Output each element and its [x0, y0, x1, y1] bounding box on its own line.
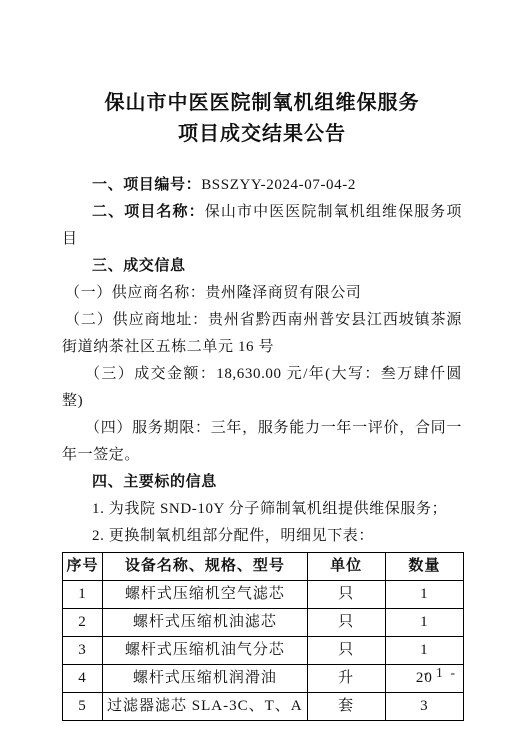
cell-device: 螺杆式压缩机油气分芯: [103, 637, 308, 665]
cell-serial: 1: [63, 581, 103, 609]
project-number-value: BSSZYY-2024-07-04-2: [201, 177, 356, 193]
subject-item-1: 1. 为我院 SND-10Y 分子筛制氧机组提供维保服务；: [62, 496, 462, 523]
cell-serial: 4: [63, 665, 103, 693]
cell-serial: 5: [63, 693, 103, 721]
cell-unit: 只: [307, 637, 385, 665]
cell-unit: 只: [307, 609, 385, 637]
supplier-name-line: （一）供应商名称：贵州隆泽商贸有限公司: [62, 280, 462, 307]
cell-serial: 2: [63, 609, 103, 637]
document-title-line1: 保山市中医医院制氧机组维保服务: [62, 88, 462, 119]
cell-device: 过滤器滤芯 SLA-3C、T、A: [103, 693, 308, 721]
deal-amount-line: （三）成交金额：18,630.00 元/年(大写：叁万肆仟圆整): [62, 361, 462, 415]
project-number-label: 一、项目编号：: [92, 177, 201, 193]
table-row: 3 螺杆式压缩机油气分芯 只 1: [63, 637, 464, 665]
cell-quantity: 1: [385, 637, 463, 665]
supplier-address-line: （二）供应商地址：贵州省黔西南州普安县江西坡镇茶源街道纳茶社区五栋二单元 16 …: [62, 307, 462, 361]
header-serial-number: 序号: [63, 553, 103, 581]
subject-item-2: 2. 更换制氧机组部分配件，明细见下表：: [62, 523, 462, 550]
project-name-line: 二、项目名称：保山市中医医院制氧机组维保服务项目: [62, 199, 462, 253]
cell-device: 螺杆式压缩机空气滤芯: [103, 581, 308, 609]
table-header-row: 序号 设备名称、规格、型号 单位 数量: [63, 553, 464, 581]
cell-serial: 3: [63, 637, 103, 665]
page-number: - 1 -: [424, 666, 457, 682]
cell-quantity: 3: [385, 693, 463, 721]
document-title: 保山市中医医院制氧机组维保服务 项目成交结果公告: [62, 88, 462, 150]
cell-device: 螺杆式压缩机润滑油: [103, 665, 308, 693]
header-unit: 单位: [307, 553, 385, 581]
cell-unit: 升: [307, 665, 385, 693]
table-row: 4 螺杆式压缩机润滑油 升 20: [63, 665, 464, 693]
cell-quantity: 1: [385, 609, 463, 637]
header-device-name: 设备名称、规格、型号: [103, 553, 308, 581]
document-content: 保山市中医医院制氧机组维保服务 项目成交结果公告 一、项目编号：BSSZYY-2…: [62, 0, 462, 721]
project-name-label: 二、项目名称：: [92, 204, 205, 220]
table-row: 1 螺杆式压缩机空气滤芯 只 1: [63, 581, 464, 609]
document-body: 一、项目编号：BSSZYY-2024-07-04-2 二、项目名称：保山市中医医…: [62, 172, 462, 721]
cell-quantity: 1: [385, 581, 463, 609]
deal-info-heading: 三、成交信息: [62, 253, 462, 280]
header-quantity: 数量: [385, 553, 463, 581]
document-page: 保山市中医医院制氧机组维保服务 项目成交结果公告 一、项目编号：BSSZYY-2…: [0, 0, 521, 741]
service-term-line: （四）服务期限：三年，服务能力一年一评价，合同一年一签定。: [62, 415, 462, 469]
project-number-line: 一、项目编号：BSSZYY-2024-07-04-2: [62, 172, 462, 199]
cell-unit: 套: [307, 693, 385, 721]
cell-device: 螺杆式压缩机油滤芯: [103, 609, 308, 637]
cell-unit: 只: [307, 581, 385, 609]
table-row: 2 螺杆式压缩机油滤芯 只 1: [63, 609, 464, 637]
table-row: 5 过滤器滤芯 SLA-3C、T、A 套 3: [63, 693, 464, 721]
main-subject-heading: 四、主要标的信息: [62, 469, 462, 496]
parts-table: 序号 设备名称、规格、型号 单位 数量 1 螺杆式压缩机空气滤芯 只 1 2 螺…: [62, 552, 464, 721]
document-title-line2: 项目成交结果公告: [62, 119, 462, 150]
